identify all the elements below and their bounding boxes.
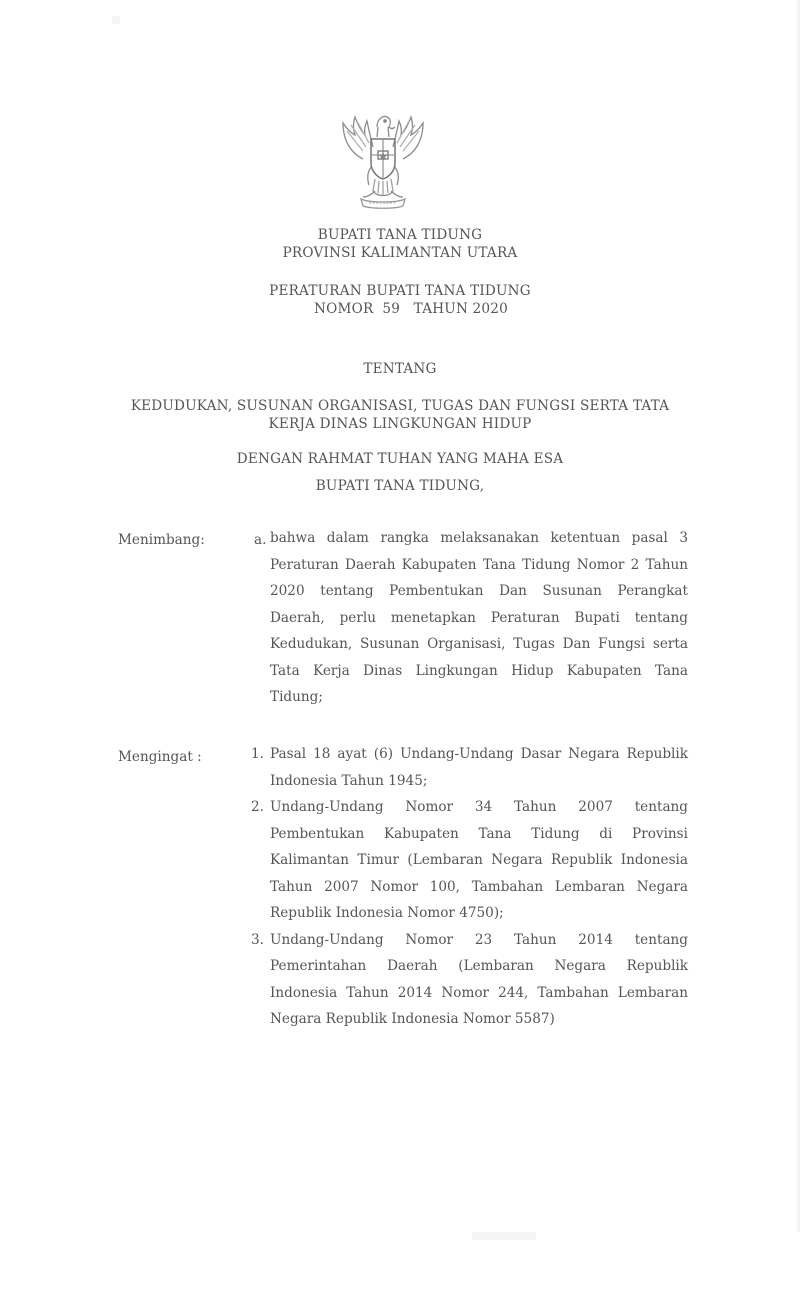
- tentang-heading: TENTANG: [0, 360, 800, 378]
- issuer-line: BUPATI TANA TIDUNG: [0, 226, 800, 244]
- subject-line-2: KERJA DINAS LINGKUNGAN HIDUP: [0, 415, 800, 433]
- item-number: 2.: [238, 794, 270, 927]
- mengingat-item-1: 1. Pasal 18 ayat (6) Undang-Undang Dasar…: [238, 741, 688, 794]
- menimbang-label-text: Menimbang: [118, 532, 200, 548]
- regulation-number: NOMOR 59 TAHUN 2020: [0, 300, 800, 318]
- item-text: Undang-Undang Nomor 34 Tahun 2007 tentan…: [270, 794, 688, 927]
- mengingat-label: Mengingat :: [118, 749, 202, 765]
- item-number: 3.: [238, 927, 270, 1033]
- scan-speck: [472, 1232, 536, 1240]
- regulation-title: PERATURAN BUPATI TANA TIDUNG: [0, 282, 800, 300]
- mengingat-label-text: Mengingat: [118, 749, 193, 765]
- scan-speck: [112, 16, 120, 24]
- scan-edge-shadow: [795, 0, 800, 1232]
- menimbang-text: bahwa dalam rangka melaksanakan ketentua…: [270, 525, 688, 711]
- document-page: BUPATI TANA TIDUNG PROVINSI KALIMANTAN U…: [0, 0, 800, 1316]
- invocation-text: DENGAN RAHMAT TUHAN YANG MAHA ESA: [0, 450, 800, 468]
- item-number: 1.: [238, 741, 270, 794]
- mengingat-colon: :: [197, 749, 202, 765]
- authority-text: BUPATI TANA TIDUNG,: [0, 477, 800, 495]
- item-text: Undang-Undang Nomor 23 Tahun 2014 tentan…: [270, 927, 688, 1033]
- regulation-heading: PERATURAN BUPATI TANA TIDUNG NOMOR 59 TA…: [0, 282, 800, 318]
- mengingat-item-2: 2. Undang-Undang Nomor 34 Tahun 2007 ten…: [238, 794, 688, 927]
- invocation: DENGAN RAHMAT TUHAN YANG MAHA ESA: [0, 450, 800, 468]
- menimbang-marker: a.: [254, 532, 266, 548]
- mengingat-item-3: 3. Undang-Undang Nomor 23 Tahun 2014 ten…: [238, 927, 688, 1033]
- subject-line-1: KEDUDUKAN, SUSUNAN ORGANISASI, TUGAS DAN…: [0, 397, 800, 415]
- mengingat-list: 1. Pasal 18 ayat (6) Undang-Undang Dasar…: [238, 741, 688, 1033]
- authority: BUPATI TANA TIDUNG,: [0, 477, 800, 495]
- subject-heading: KEDUDUKAN, SUSUNAN ORGANISASI, TUGAS DAN…: [0, 397, 800, 433]
- issuer-heading: BUPATI TANA TIDUNG PROVINSI KALIMANTAN U…: [0, 226, 800, 262]
- province-line: PROVINSI KALIMANTAN UTARA: [0, 244, 800, 262]
- menimbang-label: Menimbang:: [118, 532, 205, 548]
- item-text: Pasal 18 ayat (6) Undang-Undang Dasar Ne…: [270, 741, 688, 794]
- menimbang-colon: :: [200, 532, 205, 548]
- tentang-label: TENTANG: [0, 360, 800, 378]
- garuda-emblem-icon: [333, 107, 433, 212]
